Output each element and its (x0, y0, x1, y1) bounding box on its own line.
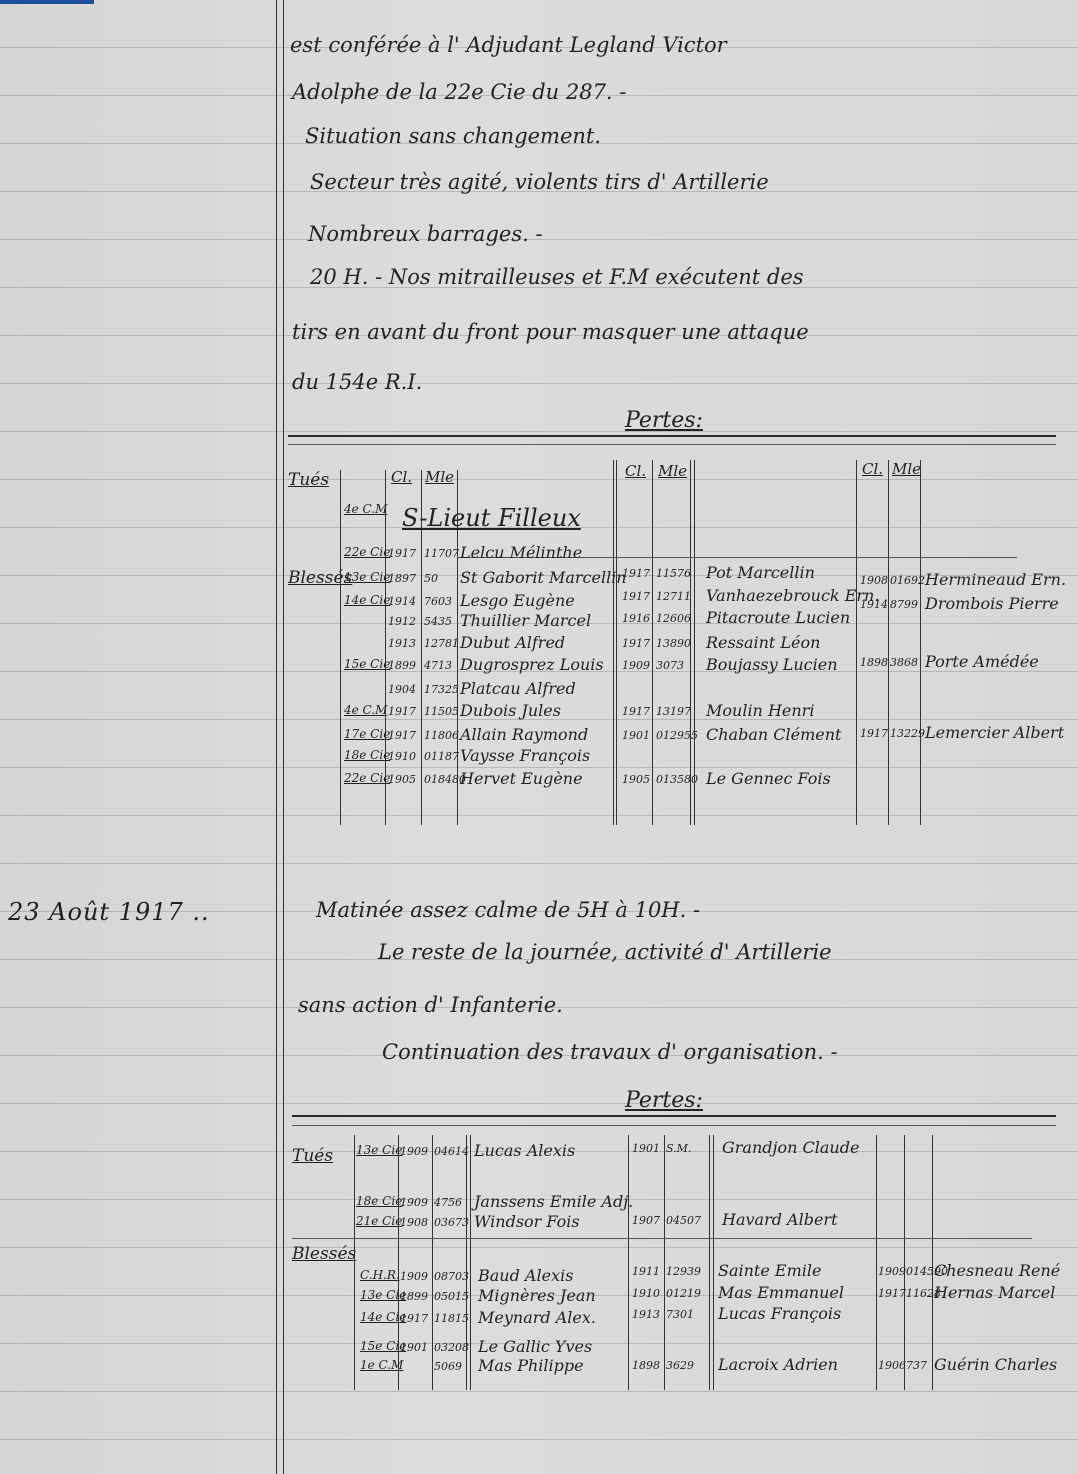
class-year-cell: 1901 (400, 1341, 428, 1354)
unit-cell: 15e Cie (344, 657, 390, 671)
matricule-cell: 12939 (666, 1265, 701, 1278)
soldier-name-cell: Le Gallic Yves (478, 1337, 592, 1356)
class-year-cell: 1908 (400, 1216, 428, 1229)
unit-cell: 13e Cie (344, 570, 390, 584)
row-rule (292, 1238, 1032, 1239)
matricule-cell: 04507 (666, 1214, 701, 1227)
cl-header: Cl. (862, 460, 883, 478)
pertes-heading: Pertes: (625, 408, 703, 433)
matricule-cell: 11806 (424, 729, 459, 742)
wounded-label: Blessés (292, 1244, 356, 1264)
margin-rule (276, 0, 277, 1474)
text-line: Adolphe de la 22e Cie du 287. - (292, 80, 626, 104)
unit-cell: 18e Cie (344, 748, 390, 762)
soldier-name-cell: Porte Amédée (925, 652, 1039, 671)
matricule-cell: 03673 (434, 1216, 469, 1229)
soldier-name-cell: Lucas Alexis (474, 1141, 575, 1160)
class-year-cell: 1897 (388, 572, 416, 585)
soldier-name-cell: Pot Marcellin (706, 563, 815, 582)
col-rule (652, 460, 653, 825)
mle-header: Mle (892, 460, 921, 478)
text-line: Le reste de la journée, activité d' Arti… (378, 940, 832, 964)
class-year-cell: 1913 (632, 1308, 660, 1321)
matricule-cell: 13197 (656, 705, 691, 718)
pertes-heading: Pertes: (625, 1088, 703, 1113)
wounded-label: Blessés (288, 568, 352, 588)
soldier-name-cell: Grandjon Claude (722, 1138, 859, 1157)
mle-header: Mle (425, 468, 454, 486)
soldier-name-cell: Dugrosprez Louis (460, 655, 604, 674)
soldier-name-cell: Hervet Eugène (460, 769, 583, 788)
soldier-name-cell: Vaysse François (460, 746, 590, 765)
unit-cell: 1e C.M (360, 1358, 403, 1372)
class-year-cell: 1899 (400, 1290, 428, 1303)
unit-cell: 17e Cie (344, 727, 390, 741)
col-rule (920, 460, 921, 825)
table-rule (292, 1115, 1056, 1117)
unit-cell: 13e Cie (356, 1143, 402, 1157)
col-rule (470, 1135, 471, 1390)
class-year-cell: 1917 (878, 1287, 906, 1300)
class-year-cell: 1916 (622, 612, 650, 625)
text-line: Continuation des travaux d' organisation… (382, 1040, 838, 1064)
class-year-cell: 1914 (860, 598, 888, 611)
col-rule (613, 460, 614, 825)
class-year-cell: 1901 (622, 729, 650, 742)
unit-cell: 22e Cie (344, 771, 390, 785)
soldier-name-cell: Dubut Alfred (460, 633, 565, 652)
matricule-cell: 11815 (434, 1312, 469, 1325)
matricule-cell: 11505 (424, 705, 459, 718)
matricule-cell: 05015 (434, 1290, 469, 1303)
class-year-cell: 1908 (860, 574, 888, 587)
matricule-cell: 17325 (424, 683, 459, 696)
col-rule (888, 460, 889, 825)
soldier-name-cell: Lemercier Albert (925, 723, 1064, 742)
soldier-name-cell: Mas Philippe (478, 1356, 584, 1375)
matricule-cell: 01187 (424, 750, 459, 763)
soldier-name-cell: Platcau Alfred (460, 679, 576, 698)
soldier-name-cell: Havard Albert (722, 1210, 838, 1229)
class-year-cell: 1899 (388, 659, 416, 672)
matricule-cell: 5069 (434, 1360, 462, 1373)
entry-date: 23 Août 1917 .. (8, 898, 210, 926)
matricule-cell: 7301 (666, 1308, 694, 1321)
cl-header: Cl. (391, 468, 412, 486)
soldier-name-cell: Thuillier Marcel (460, 611, 591, 630)
unit-cell: C.H.R. (360, 1268, 400, 1282)
text-line: 20 H. - Nos mitrailleuses et F.M exécute… (310, 265, 804, 289)
unit-cell: 14e Cie (344, 593, 390, 607)
col-rule (856, 460, 857, 825)
class-year-cell: 1917 (388, 729, 416, 742)
soldier-name-cell: Moulin Henri (706, 701, 814, 720)
unit-cell: 18e Cie (356, 1194, 402, 1208)
matricule-cell: 3073 (656, 659, 684, 672)
matricule-cell: 013580 (656, 773, 698, 786)
unit-cell: 21e Cie (356, 1214, 402, 1228)
matricule-cell: 01219 (666, 1287, 701, 1300)
text-line: tirs en avant du front pour masquer une … (292, 320, 809, 344)
matricule-cell: 12606 (656, 612, 691, 625)
matricule-cell: 13890 (656, 637, 691, 650)
matricule-cell: 13229 (890, 727, 925, 740)
matricule-cell: 01692 (890, 574, 925, 587)
killed-label: Tués (288, 470, 329, 490)
matricule-cell: 11576 (656, 567, 691, 580)
class-year-cell: 1905 (388, 773, 416, 786)
soldier-name-cell: Lucas François (718, 1304, 841, 1323)
class-year-cell: 1912 (388, 615, 416, 628)
class-year-cell: 1917 (388, 705, 416, 718)
matricule-cell: 7603 (424, 595, 452, 608)
mle-header: Mle (658, 462, 687, 480)
soldier-name-cell: Pitacroute Lucien (706, 608, 850, 627)
table-rule (288, 444, 1056, 445)
soldier-name-cell: Vanhaezebrouck Ern. (706, 586, 879, 605)
killed-name: S-Lieut Filleux (402, 504, 581, 532)
class-year-cell: 1910 (388, 750, 416, 763)
table-rule (292, 1125, 1056, 1126)
text-line: du 154e R.I. (292, 370, 422, 394)
class-year-cell: 1907 (632, 1214, 660, 1227)
matricule-cell: 012955 (656, 729, 698, 742)
matricule-cell: 5435 (424, 615, 452, 628)
matricule-cell: 04614 (434, 1145, 469, 1158)
soldier-name-cell: Sainte Emile (718, 1261, 821, 1280)
class-year-cell: 1909 (400, 1145, 428, 1158)
text-line: est conférée à l' Adjudant Legland Victo… (290, 33, 727, 57)
matricule-cell: S.M. (666, 1142, 691, 1155)
col-rule (664, 1135, 665, 1390)
table-rule (288, 435, 1056, 437)
class-year-cell: 1911 (632, 1265, 660, 1278)
text-line: Situation sans changement. (305, 124, 601, 148)
window-corner-tab (0, 0, 94, 4)
class-year-cell: 1909 (878, 1265, 906, 1278)
matricule-cell: 3868 (890, 656, 918, 669)
soldier-name-cell: Hermineaud Ern. (925, 570, 1066, 589)
soldier-name-cell: Baud Alexis (478, 1266, 573, 1285)
matricule-cell: 08703 (434, 1270, 469, 1283)
class-year-cell: 1917 (400, 1312, 428, 1325)
text-line: Matinée assez calme de 5H à 10H. - (316, 898, 700, 922)
soldier-name-cell: Chesneau René (934, 1261, 1060, 1280)
text-line: sans action d' Infanterie. (298, 993, 563, 1017)
soldier-name-cell: Windsor Fois (474, 1212, 580, 1231)
col-rule (694, 460, 695, 825)
soldier-name-cell: Lelcu Mélinthe (460, 543, 582, 562)
soldier-name-cell: Mas Emmanuel (718, 1283, 844, 1302)
class-year-cell: 1905 (622, 773, 650, 786)
soldier-name-cell: Guérin Charles (934, 1355, 1057, 1374)
soldier-name-cell: St Gaborit Marcellin (460, 568, 627, 587)
unit-cell: 4e C.M (344, 703, 387, 717)
class-year-cell: 1917 (622, 567, 650, 580)
unit-cell: 4e C.M (344, 502, 387, 516)
matricule-cell: 737 (906, 1359, 927, 1372)
class-year-cell: 1910 (632, 1287, 660, 1300)
col-rule (709, 1135, 710, 1390)
soldier-name-cell: Lacroix Adrien (718, 1355, 838, 1374)
soldier-name-cell: Chaban Clément (706, 725, 841, 744)
killed-label: Tués (292, 1146, 333, 1166)
class-year-cell: 1913 (388, 637, 416, 650)
col-rule (713, 1135, 714, 1390)
matricule-cell: 11707 (424, 547, 459, 560)
text-line: Secteur très agité, violents tirs d' Art… (310, 170, 769, 194)
col-rule (876, 1135, 877, 1390)
class-year-cell: 1917 (622, 705, 650, 718)
class-year-cell: 1898 (632, 1359, 660, 1372)
cl-header: Cl. (625, 462, 646, 480)
matricule-cell: 3629 (666, 1359, 694, 1372)
class-year-cell: 1909 (400, 1270, 428, 1283)
soldier-name-cell: Mignères Jean (478, 1286, 596, 1305)
class-year-cell: 1901 (632, 1142, 660, 1155)
soldier-name-cell: Ressaint Léon (706, 633, 820, 652)
unit-cell: 22e Cie (344, 545, 390, 559)
col-rule (616, 460, 617, 825)
margin-rule (283, 0, 284, 1474)
class-year-cell: 1917 (860, 727, 888, 740)
class-year-cell: 1914 (388, 595, 416, 608)
col-rule (628, 1135, 629, 1390)
soldier-name-cell: Lesgo Eugène (460, 591, 575, 610)
text-line: Nombreux barrages. - (308, 222, 543, 246)
class-year-cell: 1904 (388, 683, 416, 696)
soldier-name-cell: Le Gennec Fois (706, 769, 831, 788)
class-year-cell: 1898 (860, 656, 888, 669)
matricule-cell: 50 (424, 572, 438, 585)
matricule-cell: 03208 (434, 1341, 469, 1354)
soldier-name-cell: Dubois Jules (460, 701, 561, 720)
soldier-name-cell: Janssens Emile Adj. (474, 1192, 633, 1211)
class-year-cell: 1909 (400, 1196, 428, 1209)
matricule-cell: 8799 (890, 598, 918, 611)
soldier-name-cell: Boujassy Lucien (706, 655, 838, 674)
matricule-cell: 4713 (424, 659, 452, 672)
col-rule (904, 1135, 905, 1390)
class-year-cell: 1917 (622, 590, 650, 603)
class-year-cell: 1917 (622, 637, 650, 650)
col-rule (432, 1135, 433, 1390)
soldier-name-cell: Hernas Marcel (934, 1283, 1055, 1302)
soldier-name-cell: Allain Raymond (460, 725, 588, 744)
soldier-name-cell: Meynard Alex. (478, 1308, 596, 1327)
matricule-cell: 4756 (434, 1196, 462, 1209)
soldier-name-cell: Drombois Pierre (925, 594, 1059, 613)
class-year-cell: 1909 (622, 659, 650, 672)
matricule-cell: 12711 (656, 590, 691, 603)
col-rule (932, 1135, 933, 1390)
matricule-cell: 12781 (424, 637, 459, 650)
diary-page: est conférée à l' Adjudant Legland Victo… (0, 0, 1078, 1474)
class-year-cell: 1906 (878, 1359, 906, 1372)
col-rule (340, 470, 341, 825)
class-year-cell: 1917 (388, 547, 416, 560)
